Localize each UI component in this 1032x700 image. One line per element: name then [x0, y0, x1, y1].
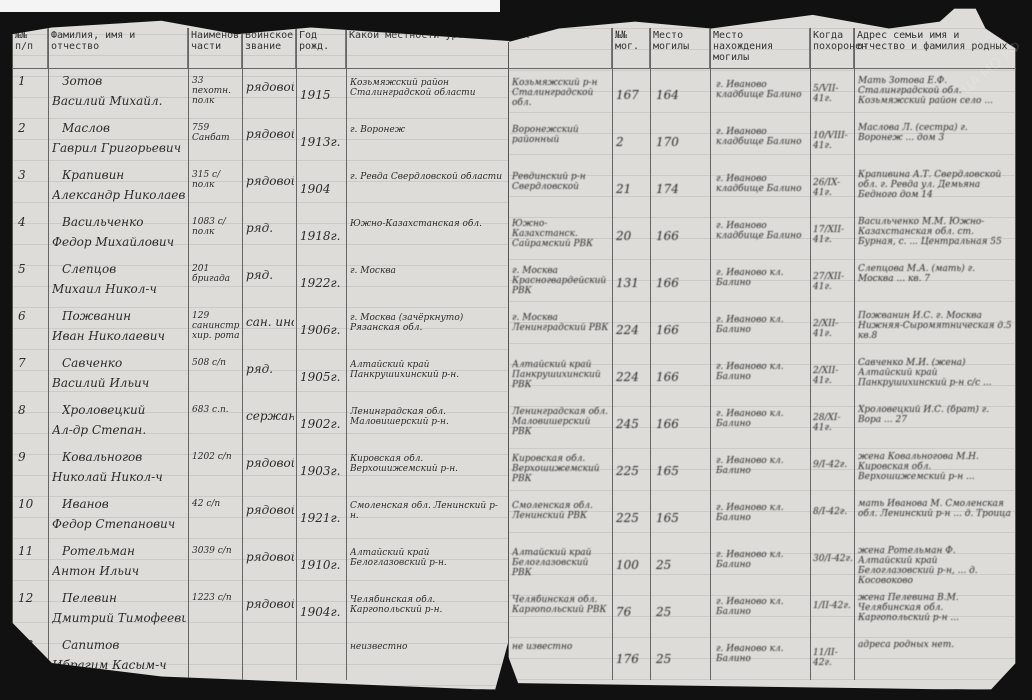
military-rank: ряд. — [246, 221, 294, 235]
grave-location: г. Иваново кл. Балино — [716, 456, 808, 476]
origin: Смоленская обл. Ленинский р-н. — [350, 501, 506, 521]
rvk: Воронежский районный — [512, 125, 610, 145]
grave-place: 165 — [656, 511, 706, 525]
origin: г. Ревда Свердловской области — [350, 172, 506, 182]
soldier-surname: Маслов — [62, 121, 186, 135]
grave-location: г. Иваново кл. Балино — [716, 409, 808, 429]
grave-number: 100 — [616, 558, 648, 572]
header-grave-place: Место могилы — [650, 28, 710, 68]
soldier-name: Антон Ильич — [52, 564, 186, 578]
grave-location: г. Иваново кладбище Балино — [716, 80, 808, 100]
military-rank: рядовой — [246, 597, 294, 611]
header-name: Фамилия, имя и отчество — [48, 28, 188, 68]
family-address: Крапивина А.Т. Свердловской обл. г. Ревд… — [858, 170, 1012, 200]
soldier-surname: Крапивин — [62, 168, 186, 182]
origin: г. Москва (зачёркнуто) Рязанская обл. — [350, 313, 506, 333]
soldier-name: Александр Николаевич — [52, 188, 186, 202]
rvk: Алтайский край Панкрушихинский РВК — [512, 360, 610, 390]
rvk: не известно — [512, 642, 610, 652]
soldier-surname: Ротельман — [62, 544, 186, 558]
header-location: Место нахождения могилы — [710, 28, 810, 68]
header-rule — [508, 68, 1016, 69]
burial-date: 1/II-42г. — [813, 601, 853, 611]
soldier-name: Михаил Никол-ч — [52, 282, 186, 296]
origin: г. Воронеж — [350, 125, 506, 135]
soldier-surname: Ковальногов — [62, 450, 186, 464]
birth-year: 1904 — [300, 182, 344, 196]
origin: Алтайский край Белоглазовский р-н. — [350, 548, 506, 568]
soldier-name: Ибрагим Касым-ч — [52, 658, 186, 672]
header-origin: Какой местности уроженец — [346, 28, 510, 68]
soldier-surname: Пожванин — [62, 309, 186, 323]
row-number: 13 — [18, 638, 46, 652]
paper-strip — [0, 0, 500, 12]
column-rule — [854, 28, 855, 680]
military-unit: 683 с.п. — [192, 405, 240, 415]
rvk: Челябинская обл. Каргопольский РВК — [512, 595, 610, 615]
military-rank: рядовой — [246, 550, 294, 564]
right-page: РВК №№ мог. Место могилы Место нахождени… — [508, 8, 1016, 690]
soldier-name: Дмитрий Тимофеевич — [52, 611, 186, 625]
header-buried: Когда похоронен — [810, 28, 854, 68]
row-number: 8 — [18, 403, 46, 417]
grave-number: 2 — [616, 135, 648, 149]
column-rule — [710, 28, 711, 680]
military-unit: 759 Санбат — [192, 123, 240, 143]
soldier-name: Федор Степанович — [52, 517, 186, 531]
military-unit: 508 с/п — [192, 358, 240, 368]
header-rvk: РВК — [508, 28, 612, 68]
origin: Челябинская обл. Каргопольский р-н. — [350, 595, 506, 615]
birth-year: 1910г. — [300, 558, 344, 572]
grave-location: г. Иваново кладбище Балино — [716, 221, 808, 241]
burial-date: 30/I-42г. — [813, 554, 853, 564]
origin: неизвестно — [350, 642, 506, 652]
column-rule — [48, 28, 49, 680]
burial-date: 28/XI-41г. — [813, 413, 853, 433]
grave-number: 167 — [616, 88, 648, 102]
soldier-surname: Хроловецкий — [62, 403, 186, 417]
burial-date: 17/XII-41г. — [813, 225, 853, 245]
birth-year: 1905г. — [300, 370, 344, 384]
family-address: жена Ротельман Ф. Алтайский край Белогла… — [858, 546, 1012, 586]
grave-number: 225 — [616, 464, 648, 478]
column-rule — [242, 28, 243, 680]
birth-year: 1906г. — [300, 323, 344, 337]
grave-place: 166 — [656, 276, 706, 290]
grave-place: 166 — [656, 370, 706, 384]
left-page: №№ п/п Фамилия, имя и отчество Наименов.… — [12, 14, 510, 690]
row-number: 7 — [18, 356, 46, 370]
grave-number: 176 — [616, 652, 648, 666]
grave-number: 76 — [616, 605, 648, 619]
military-unit: 1223 с/п — [192, 593, 240, 603]
birth-year: 1921г. — [300, 511, 344, 525]
soldier-name: Василий Михайл. — [52, 94, 186, 108]
row-number: 5 — [18, 262, 46, 276]
soldier-surname: Савченко — [62, 356, 186, 370]
burial-date: 27/XII-41г. — [813, 272, 853, 292]
grave-number: 131 — [616, 276, 648, 290]
burial-date: 10/VIII-41г. — [813, 131, 853, 151]
origin: Алтайский край Панкрушихинский р-н. — [350, 360, 506, 380]
grave-location: г. Иваново кл. Балино — [716, 597, 808, 617]
origin: Козьмяжский район Сталинградской области — [350, 78, 506, 98]
military-unit: 201 бригада — [192, 264, 240, 284]
military-rank: рядовой — [246, 174, 294, 188]
header-unit: Наименов. части — [188, 28, 242, 68]
burial-date: 2/XII-41г. — [813, 319, 853, 339]
family-address: мать Иванова М. Смоленская обл. Ленински… — [858, 499, 1012, 519]
header-number: №№ п/п — [12, 28, 48, 68]
grave-location: г. Иваново кл. Балино — [716, 362, 808, 382]
grave-place: 25 — [656, 558, 706, 572]
soldier-surname: Иванов — [62, 497, 186, 511]
birth-year: 1918г. — [300, 229, 344, 243]
soldier-name: Федор Михайлович — [52, 235, 186, 249]
rvk: Алтайский край Белоглазовский РВК — [512, 548, 610, 578]
grave-location: г. Иваново кладбище Балино — [716, 174, 808, 194]
rvk: Смоленская обл. Ленинский РВК — [512, 501, 610, 521]
soldier-surname: Сапитов — [62, 638, 186, 652]
origin: Ленинградская обл. Маловишерский р-н. — [350, 407, 506, 427]
rvk: Южно-Казахстанск. Сайрамский РВК — [512, 219, 610, 249]
military-rank: рядовой — [246, 503, 294, 517]
column-rule — [810, 28, 811, 680]
birth-year: 1904г. — [300, 605, 344, 619]
military-unit: 1202 с/п — [192, 452, 240, 462]
grave-place: 165 — [656, 464, 706, 478]
grave-place: 170 — [656, 135, 706, 149]
soldier-name: Иван Николаевич — [52, 329, 186, 343]
military-rank: ряд. — [246, 268, 294, 282]
header-born: Год рожд. — [296, 28, 346, 68]
military-rank: рядовой — [246, 80, 294, 94]
military-unit: 1083 с/полк — [192, 217, 240, 237]
birth-year: 1903г. — [300, 464, 344, 478]
military-rank: рядовой — [246, 456, 294, 470]
column-rule — [188, 28, 189, 680]
column-rule — [296, 28, 297, 680]
burial-date: 11/II-42г. — [813, 648, 853, 668]
row-number: 4 — [18, 215, 46, 229]
family-address: Васильченко М.М. Южно-Казахстанская обл.… — [858, 217, 1012, 247]
military-unit: 315 с/полк — [192, 170, 240, 190]
family-address: Маслова Л. (сестра) г. Воронеж ... дом 3 — [858, 123, 1012, 143]
military-unit: 33 пехотн. полк — [192, 76, 240, 106]
header-rule — [12, 68, 510, 69]
soldier-name: Николай Никол-ч — [52, 470, 186, 484]
row-number: 3 — [18, 168, 46, 182]
grave-place: 166 — [656, 323, 706, 337]
family-address: адреса родных нет. — [858, 640, 1012, 650]
grave-location: г. Иваново кл. Балино — [716, 644, 808, 664]
grave-place: 25 — [656, 652, 706, 666]
rvk: Ленинградская обл. Маловишерский РВК — [512, 407, 610, 437]
row-number: 1 — [18, 74, 46, 88]
soldier-name: Василий Ильич — [52, 376, 186, 390]
grave-number: 21 — [616, 182, 648, 196]
grave-place: 174 — [656, 182, 706, 196]
header-rank: Воинское звание — [242, 28, 296, 68]
burial-date: 9/I-42г. — [813, 460, 853, 470]
grave-location: г. Иваново кл. Балино — [716, 315, 808, 335]
row-number: 6 — [18, 309, 46, 323]
row-number: 11 — [18, 544, 46, 558]
military-unit: 129 санинстр. хир. рота — [192, 311, 240, 341]
soldier-name: Гаврил Григорьевич — [52, 141, 186, 155]
grave-location: г. Иваново кл. Балино — [716, 503, 808, 523]
column-rule — [612, 28, 613, 680]
rvk: Ревдинский р-н Свердловской — [512, 172, 610, 192]
burial-date: 2/XII-41г. — [813, 366, 853, 386]
grave-place: 166 — [656, 229, 706, 243]
header-grave-no: №№ мог. — [612, 28, 650, 68]
row-number: 9 — [18, 450, 46, 464]
family-address: Савченко М.И. (жена) Алтайский край Панк… — [858, 358, 1012, 388]
burial-date: 5/VII-41г. — [813, 84, 853, 104]
grave-number: 225 — [616, 511, 648, 525]
origin: Южно-Казахстанская обл. — [350, 219, 506, 229]
origin: г. Москва — [350, 266, 506, 276]
column-rule — [346, 28, 347, 680]
family-address: жена Ковальногова М.Н. Кировская обл. Ве… — [858, 452, 1012, 482]
family-address: Хроловецкий И.С. (брат) г. Вора ... 27 — [858, 405, 1012, 425]
grave-number: 224 — [616, 323, 648, 337]
burial-date: 8/I-42г. — [813, 507, 853, 517]
soldier-name: Ал-др Степан. — [52, 423, 186, 437]
row-number: 2 — [18, 121, 46, 135]
grave-place: 164 — [656, 88, 706, 102]
grave-place: 166 — [656, 417, 706, 431]
military-rank: сан. инстр. — [246, 315, 294, 329]
birth-year: 1922г. — [300, 276, 344, 290]
row-number: 12 — [18, 591, 46, 605]
birth-year: 1913г. — [300, 135, 344, 149]
origin: Кировская обл. Верхошижемский р-н. — [350, 454, 506, 474]
rvk: Кировская обл. Верхошижемский РВК — [512, 454, 610, 484]
grave-number: 245 — [616, 417, 648, 431]
military-rank: сержант — [246, 409, 294, 423]
grave-location: г. Иваново кладбище Балино — [716, 127, 808, 147]
grave-number: 224 — [616, 370, 648, 384]
military-rank: рядовой — [246, 127, 294, 141]
grave-place: 25 — [656, 605, 706, 619]
family-address: Пожванин И.С. г. Москва Нижняя-Сыромятни… — [858, 311, 1012, 341]
military-unit: 3039 с/п — [192, 546, 240, 556]
military-unit: 42 с/п — [192, 499, 240, 509]
column-rule — [650, 28, 651, 680]
birth-year: 1902г. — [300, 417, 344, 431]
grave-location: г. Иваново кл. Балино — [716, 268, 808, 288]
family-address: Слепцова М.А. (мать) г. Москва ... кв. 7 — [858, 264, 1012, 284]
soldier-surname: Зотов — [62, 74, 186, 88]
grave-number: 20 — [616, 229, 648, 243]
burial-date: 26/IX-41г. — [813, 178, 853, 198]
row-number: 10 — [18, 497, 46, 511]
military-rank: ряд. — [246, 362, 294, 376]
rvk: г. Москва Красногвардейский РВК — [512, 266, 610, 296]
grave-location: г. Иваново кл. Балино — [716, 550, 808, 570]
rvk: г. Москва Ленинградский РВК — [512, 313, 610, 333]
soldier-surname: Васильченко — [62, 215, 186, 229]
soldier-surname: Слепцов — [62, 262, 186, 276]
family-address: жена Пелевина В.М. Челябинская обл. Карг… — [858, 593, 1012, 623]
birth-year: 1915 — [300, 88, 344, 102]
soldier-surname: Пелевин — [62, 591, 186, 605]
rvk: Козьмяжский р-н Сталинградской обл. — [512, 78, 610, 108]
